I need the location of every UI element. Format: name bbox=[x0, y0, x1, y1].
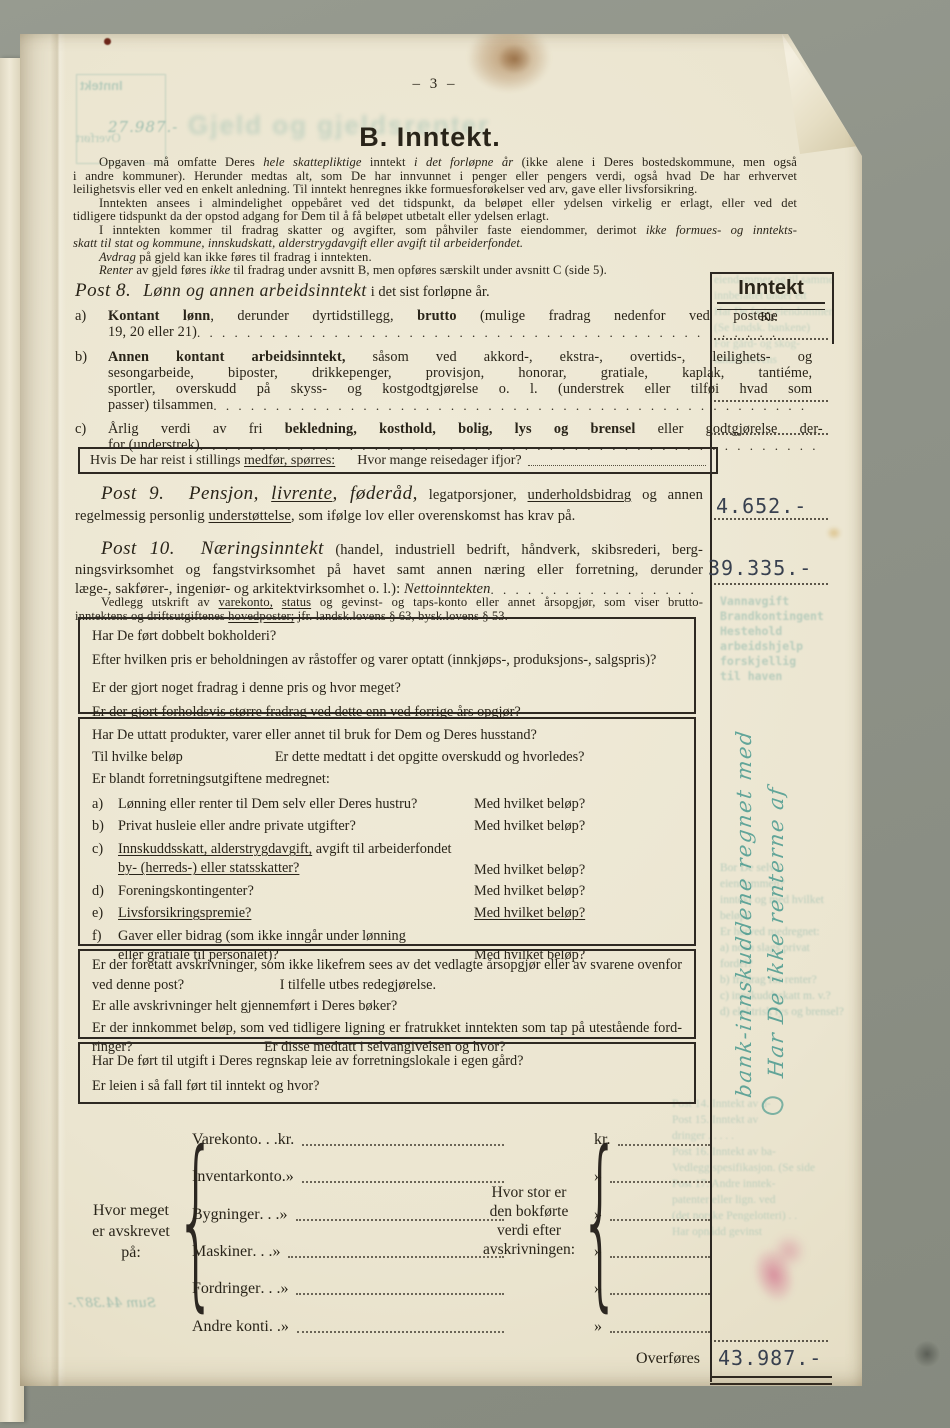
answer-line bbox=[296, 1219, 504, 1221]
section-title: B. Inntekt. bbox=[20, 122, 840, 152]
expense-item-d: d)Foreningskontingenter? Med hvilket bel… bbox=[92, 880, 682, 902]
carry-over-value: 43.987.- bbox=[718, 1346, 822, 1370]
currency-unit: » bbox=[280, 1280, 288, 1298]
answer-line bbox=[610, 1331, 710, 1333]
income-header-border bbox=[832, 272, 834, 344]
question-line: Er der innkommet beløp, som ved tidliger… bbox=[92, 1019, 682, 1039]
bookkeeping-question-box: Har De ført dobbelt bokholderi? Efter hv… bbox=[78, 617, 696, 714]
answer-line bbox=[618, 1144, 710, 1146]
amount-question: Med hvilket beløp? bbox=[474, 861, 585, 880]
item-text: Kontant lønn, derunder dyrtidstillegg, b… bbox=[108, 309, 778, 325]
item-text: Annen kontant arbeidsinntekt, såsom ved … bbox=[108, 350, 812, 366]
account-row-andre-konti: Andre konti . . » bbox=[192, 1318, 504, 1336]
account-row-maskiner: Maskiner . . . » bbox=[192, 1243, 504, 1261]
intro-line: i andre kommuner). Herunder medtas alt, … bbox=[73, 170, 797, 184]
bookvalue-row: » bbox=[594, 1168, 710, 1186]
travel-answer-line bbox=[528, 453, 706, 466]
item-marker: e) bbox=[92, 902, 118, 924]
yellow-stain bbox=[826, 526, 842, 540]
page-number: – 3 – bbox=[20, 76, 850, 93]
answer-line bbox=[610, 1219, 710, 1221]
currency-unit: » bbox=[286, 1168, 294, 1186]
desk-background: { "meta": { "page_number": "– 3 –", "sec… bbox=[0, 0, 950, 1428]
expense-item-c: c)Innskuddsskatt, alderstrygdavgift, avg… bbox=[92, 837, 682, 880]
amount-question: Med hvilket beløp? bbox=[474, 880, 585, 902]
item-text: sesongarbeide, biposter, drikkepenger, p… bbox=[108, 366, 812, 382]
dots: . . bbox=[269, 1318, 281, 1336]
answer-line bbox=[297, 1331, 504, 1333]
currency-unit: » bbox=[594, 1318, 602, 1336]
item-text: Årlig verdi av fri bekledning, kosthold,… bbox=[108, 422, 823, 438]
question-line: Er der foretatt avskrivninger, som ikke … bbox=[92, 956, 682, 976]
post8-item-a: a) Kontant lønn, derunder dyrtidstillegg… bbox=[75, 309, 703, 341]
currency-unit: » bbox=[272, 1243, 280, 1261]
item-label: Lønning eller renter til Dem selv eller … bbox=[118, 796, 417, 812]
question-line: ved denne post? I tilfelle utbes redegjø… bbox=[92, 976, 682, 996]
depreciation-left-label: Hvor meget er avskrevet på: bbox=[78, 1200, 184, 1263]
dots: . . . bbox=[260, 1280, 280, 1298]
bookvalue-row: kr. bbox=[594, 1131, 710, 1149]
account-name: Fordringer bbox=[192, 1280, 260, 1298]
question-line: Er alle avskrivninger helt gjennemført i… bbox=[92, 997, 682, 1017]
item-label: Livsforsikringspremie? bbox=[118, 905, 251, 921]
amount-line-post9 bbox=[714, 518, 828, 520]
post10-line: ningsvirksomhet og fangstvirksomhet på h… bbox=[75, 561, 703, 581]
carry-over-line bbox=[714, 1340, 828, 1342]
intro-line: tidligere tidspunkt da der opstod adgang… bbox=[73, 210, 797, 224]
bleedthrough-sum: Sum 44.387.- bbox=[68, 1296, 156, 1311]
label-line: på: bbox=[78, 1242, 184, 1263]
expense-item-a: a)Lønning eller renter til Dem selv elle… bbox=[92, 793, 682, 815]
currency-unit: kr. bbox=[278, 1131, 294, 1149]
income-column-header: Inntekt bbox=[710, 277, 832, 300]
post8-heading: Post 8. Lønn og annen arbeidsinntekt i d… bbox=[75, 280, 703, 302]
ink-dot-stain bbox=[104, 38, 111, 45]
item-marker: c) bbox=[92, 840, 118, 859]
item-text: sportler, overskudd på skyss- og kostgod… bbox=[108, 382, 812, 398]
account-row-bygninger: Bygninger . . . » bbox=[192, 1206, 504, 1224]
question-line: Har De uttatt produkter, varer eller ann… bbox=[92, 724, 682, 746]
intro-line: I inntekten kommer til fradrag skatter o… bbox=[73, 224, 797, 238]
dot-leader bbox=[213, 398, 812, 414]
dot-leader bbox=[197, 325, 778, 341]
expense-item-b: b)Privat husleie eller andre private utg… bbox=[92, 815, 682, 837]
item-marker: b) bbox=[92, 815, 118, 837]
question-line: Er leien i så fall ført til inntekt og h… bbox=[92, 1074, 682, 1099]
business-expenses-question-box: Har De uttatt produkter, varer eller ann… bbox=[78, 717, 696, 946]
post8-name: Lønn og annen arbeidsinntekt bbox=[143, 280, 367, 300]
travel-prompt: Hvis De har reist i stillings medfør, sp… bbox=[90, 453, 335, 469]
post9-line: regelmessig personlig understøttelse, so… bbox=[75, 506, 703, 527]
rent-question-box: Har De ført til utgift i Deres regnskap … bbox=[78, 1042, 696, 1104]
bookvalue-row: » bbox=[594, 1280, 710, 1298]
dots: . . . bbox=[252, 1243, 272, 1261]
post9-amount-value: 4.652.- bbox=[716, 494, 807, 518]
account-name: Bygninger bbox=[192, 1206, 260, 1224]
bookvalue-row: » bbox=[594, 1318, 710, 1336]
travel-question: Hvor mange reisedager ifjor? bbox=[357, 453, 521, 469]
bookvalue-row: » bbox=[594, 1206, 710, 1224]
account-name: Maskiner bbox=[192, 1243, 252, 1261]
answer-line bbox=[288, 1256, 504, 1258]
currency-unit: kr. bbox=[594, 1131, 610, 1149]
depreciation-question-box: Er der foretatt avskrivninger, som ikke … bbox=[78, 949, 696, 1039]
expense-item-e: e)Livsforsikringspremie? Med hvilket bel… bbox=[92, 902, 682, 924]
post8-item-b: b) Annen kontant arbeidsinntekt, såsom v… bbox=[75, 350, 703, 414]
question-part: Er dette medtatt i det opgitte overskudd… bbox=[275, 746, 585, 768]
binding-crease bbox=[50, 34, 66, 1386]
travel-days-box: Hvis De har reist i stillings medfør, sp… bbox=[78, 447, 718, 474]
question-part: Til hvilke beløp bbox=[92, 746, 183, 768]
post8-label: Post 8. bbox=[75, 280, 131, 301]
item-marker: b) bbox=[75, 350, 108, 414]
item-marker: f) bbox=[92, 927, 118, 946]
margin-handwriting-line2: bank-innskuddene regnet med bbox=[732, 728, 756, 1099]
currency-unit: » bbox=[594, 1206, 602, 1224]
currency-unit: » bbox=[281, 1318, 289, 1336]
brown-stain bbox=[498, 44, 532, 74]
post9-line: Post 9. Pensjon, livrente, føderåd, lega… bbox=[75, 483, 703, 506]
item-marker: a) bbox=[92, 793, 118, 815]
question-line: Er blandt forretningsutgiftene medregnet… bbox=[92, 768, 682, 790]
intro-paragraphs: Opgaven må omfatte Deres hele skatteplik… bbox=[73, 156, 797, 278]
red-ink-smudge bbox=[746, 1241, 802, 1309]
answer-line bbox=[610, 1256, 710, 1258]
answer-line bbox=[610, 1181, 710, 1183]
answer-line bbox=[302, 1181, 504, 1183]
item-marker: a) bbox=[75, 309, 108, 341]
income-header-border bbox=[710, 272, 834, 274]
amount-line-post10 bbox=[714, 583, 828, 585]
table-surface-mark bbox=[914, 1340, 940, 1368]
post8-section: Post 8. Lønn og annen arbeidsinntekt i d… bbox=[75, 280, 703, 463]
item-text: passer) tilsammen bbox=[108, 398, 213, 414]
intro-line: Opgaven må omfatte Deres hele skatteplik… bbox=[73, 156, 797, 170]
note-line: Vedlegg utskrift av varekonto, status og… bbox=[75, 595, 703, 609]
post10-line: Post 10. Næringsinntekt (handel, industr… bbox=[75, 538, 703, 561]
carry-over-label: Overføres bbox=[580, 1350, 700, 1368]
item-label: Innskuddsskatt, alderstrygdavgift, avgif… bbox=[118, 840, 452, 878]
intro-line: Renter av gjeld føres ikke til fradrag u… bbox=[73, 264, 797, 278]
question-line: Har De ført dobbelt bokholderi? bbox=[92, 624, 682, 648]
label-line: er avskrevet bbox=[78, 1221, 184, 1242]
question-part: I tilfelle utbes redegjørelse. bbox=[280, 977, 436, 993]
carry-over-double-rule bbox=[710, 1376, 832, 1385]
item-text: 19, 20 eller 21) bbox=[108, 325, 197, 341]
question-line: Til hvilke beløp Er dette medtatt i det … bbox=[92, 746, 682, 768]
answer-line bbox=[610, 1293, 710, 1295]
post10-amount-value: 39.335.- bbox=[708, 556, 812, 580]
amount-question: Med hvilket beløp? bbox=[474, 793, 585, 815]
answer-line bbox=[296, 1293, 504, 1295]
scanned-form-page: Inntekt Overført 27.987.- Gjeld og gjeld… bbox=[20, 34, 862, 1386]
question-line: Har De ført til utgift i Deres regnskap … bbox=[92, 1049, 682, 1074]
item-label: Privat husleie eller andre private utgif… bbox=[118, 818, 356, 834]
post10-section: Post 10. Næringsinntekt (handel, industr… bbox=[75, 538, 703, 600]
dots: . . . bbox=[258, 1131, 278, 1149]
bookvalue-row: » bbox=[594, 1243, 710, 1261]
question-line: Er der gjort noget fradrag i denne pris … bbox=[92, 676, 682, 700]
bleedthrough-mid-list: VannavgiftBrandkontingentHesteholdarbeid… bbox=[720, 594, 840, 684]
currency-unit: » bbox=[594, 1280, 602, 1298]
dots: . . . bbox=[260, 1206, 280, 1224]
post8-tail: i det sist forløpne år. bbox=[371, 284, 490, 300]
account-name: Varekonto bbox=[192, 1131, 258, 1149]
account-name: Andre konti bbox=[192, 1318, 269, 1336]
item-marker: d) bbox=[92, 880, 118, 902]
label-line: Hvor meget bbox=[78, 1200, 184, 1221]
question-part: ved denne post? bbox=[92, 977, 184, 993]
intro-line: skatt til stat og kommune, innskudskatt,… bbox=[73, 237, 797, 251]
account-name: Inventarkonto bbox=[192, 1168, 282, 1186]
intro-line: Inntekten ansees i almindelighet oppebår… bbox=[73, 197, 797, 211]
currency-unit: » bbox=[280, 1206, 288, 1224]
margin-handwriting-line1: Har De ikke renterne af bbox=[764, 785, 788, 1079]
item-label: Foreningskontingenter? bbox=[118, 883, 254, 899]
answer-line bbox=[302, 1144, 504, 1146]
currency-unit: » bbox=[594, 1168, 602, 1186]
intro-line: leilighetsvis eller ved en enkelt anledn… bbox=[73, 183, 797, 197]
amount-question: Med hvilket beløp? bbox=[474, 815, 585, 837]
currency-unit: » bbox=[594, 1243, 602, 1261]
account-row-inventarkonto: Inventarkonto . » bbox=[192, 1168, 504, 1186]
post9-section: Post 9. Pensjon, livrente, føderåd, lega… bbox=[75, 483, 703, 527]
account-row-fordringer: Fordringer . . . » bbox=[192, 1280, 504, 1298]
question-line: Efter hvilken pris er beholdningen av rå… bbox=[92, 648, 682, 672]
amount-question: Med hvilket beløp? bbox=[474, 902, 585, 924]
intro-line: Avdrag på gjeld kan ikke føres til fradr… bbox=[73, 251, 797, 265]
account-row-varekonto: Varekonto . . . kr. bbox=[192, 1131, 504, 1149]
